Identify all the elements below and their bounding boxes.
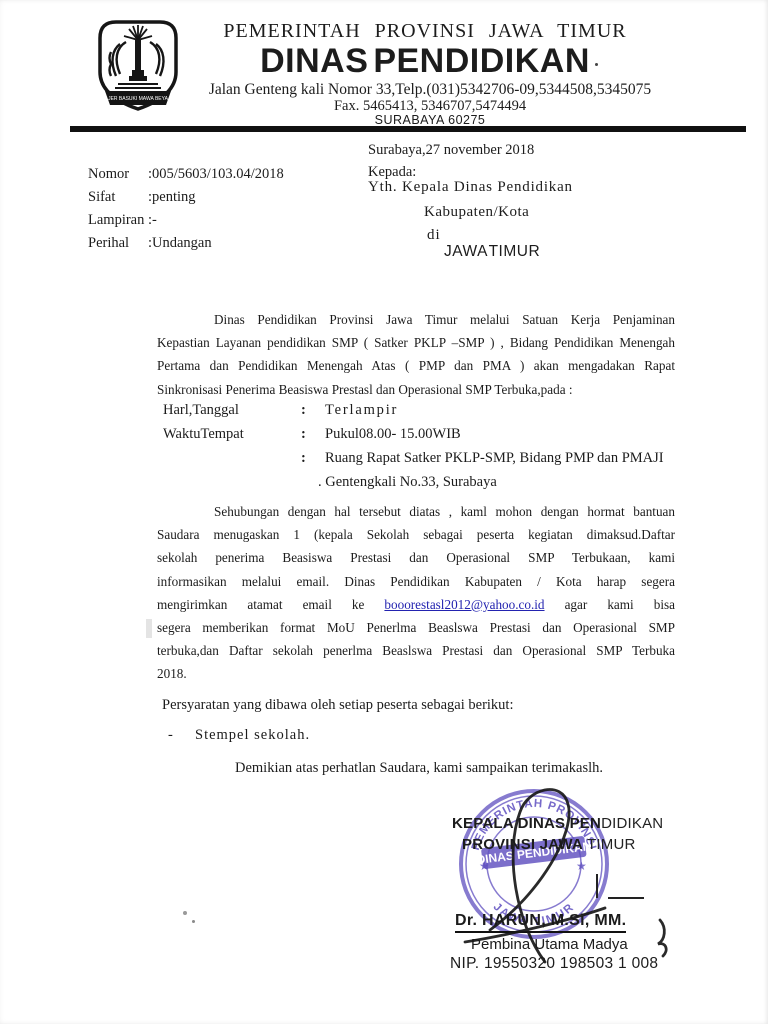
- schedule-row-tanggal: Harl,Tanggal : Terlampir: [163, 402, 675, 426]
- email-line: mengirimkan atamat email ke booorestasl2…: [157, 593, 675, 616]
- email-line-after: agar kami bisa: [545, 597, 675, 612]
- schedule-value: Pukul08.00- 15.00WIB: [325, 426, 675, 450]
- paragraph-line: sekolah penerima Beasiswa Prestasi dan O…: [157, 546, 675, 569]
- meta-value: :-: [148, 212, 157, 235]
- title-bold-part: PROVINSI JAWA: [462, 836, 583, 853]
- schedule-label: Harl,Tanggal: [163, 402, 301, 426]
- meta-label: Sifat: [88, 189, 148, 212]
- signer-title-line-1: KEPALA DINAS PENDIDIKAN: [452, 815, 663, 832]
- title-bold-part: KEPALA DINAS PEN: [452, 815, 601, 832]
- meta-label: Lampiran: [88, 212, 148, 235]
- paragraph-line: Sinkronisasi Penerima Beasiswa Prestasl …: [157, 378, 675, 401]
- agency-name: DINAS PENDIDIKAN: [150, 42, 700, 81]
- monument-icon: [129, 40, 147, 81]
- paragraph-2-part-a: Sehubungan dengan hal tersebut diatas , …: [157, 500, 675, 593]
- schedule-label: [163, 450, 301, 474]
- paragraph-line: Kepastian Layanan pendidikan SMP ( Satke…: [157, 331, 675, 354]
- paragraph-line: Saudara menugaskan 1 (kepala Sekolah seb…: [157, 523, 675, 546]
- paragraph-line: 2018.: [157, 662, 675, 685]
- meta-label: Perihal: [88, 235, 148, 258]
- meta-value: :005/5603/103.04/2018: [148, 166, 284, 189]
- signer-title-line-2: PROVINSI JAWA TIMUR: [462, 836, 636, 853]
- schedule-colon: :: [301, 426, 325, 450]
- email-link[interactable]: booorestasl2012@yahoo.co.id: [384, 597, 544, 612]
- signer-name: Dr. HARUN, M.Si, MM.: [455, 912, 626, 933]
- bullet-dash: -: [168, 727, 195, 744]
- recipient-di: di: [427, 227, 441, 244]
- bullet-text: Stempel sekolah.: [195, 727, 310, 744]
- email-line-before: mengirimkan atamat email ke: [157, 597, 384, 612]
- closing-sentence: Demikian atas perhatlan Saudara, kami sa…: [235, 760, 603, 777]
- header-divider: [70, 126, 746, 132]
- title-regular-part: TIMUR: [583, 836, 636, 853]
- schedule-row-alamat: . Gentengkali No.33, Surabaya: [163, 474, 675, 498]
- title-regular-part: DIDIKAN: [601, 815, 663, 832]
- schedule-label: WaktuTempat: [163, 426, 301, 450]
- schedule-value: . Gentengkali No.33, Surabaya: [318, 474, 675, 498]
- paragraph-line: terbuka,dan Daftar sekolah penerlma Beas…: [157, 639, 675, 662]
- scan-speck: [183, 911, 187, 915]
- signer-rank: Pembina Utama Madya: [471, 936, 628, 953]
- paragraph-line: Sehubungan dengan hal tersebut diatas , …: [157, 500, 675, 523]
- signer-nip: NIP. 19550320 198503 1 008: [450, 955, 658, 973]
- paragraph-2-part-b: segera memberikan format MoU Penerlma Be…: [157, 616, 675, 686]
- star-burst-icon: [124, 25, 152, 40]
- schedule-label: [163, 474, 301, 498]
- schedule-colon: :: [301, 450, 325, 474]
- paragraph-line: Pertama dan Pendidikan Menengah Atas ( P…: [157, 354, 675, 377]
- date-line: Surabaya,27 november 2018: [368, 142, 534, 159]
- address-line-1: Jalan Genteng kali Nomor 33,Telp.(031)53…: [120, 81, 740, 99]
- stamp-star-right-icon: ★: [576, 859, 587, 873]
- meta-row-lampiran: Lampiran :-: [88, 212, 388, 235]
- recipient-province: JAWA TIMUR: [444, 243, 540, 261]
- meta-label: Nomor: [88, 166, 148, 189]
- requirements-intro: Persyaratan yang dibawa oleh setiap pese…: [162, 697, 514, 714]
- scan-speck: [192, 920, 195, 923]
- city-line: SURABAYA 60275: [120, 113, 740, 127]
- schedule-row-waktu: WaktuTempat : Pukul08.00- 15.00WIB: [163, 426, 675, 450]
- scanned-letter-page: JER BASUKI MAWA BEYA PEMERINTAH PROVINSI…: [0, 0, 768, 1024]
- schedule-block: Harl,Tanggal : Terlampir WaktuTempat : P…: [163, 402, 675, 498]
- paragraph-2: Sehubungan dengan hal tersebut diatas , …: [157, 500, 675, 686]
- paragraph-line: Dinas Pendidikan Provinsi Jawa Timur mel…: [157, 308, 675, 331]
- recipient-region-line: Kabupaten/Kota: [424, 204, 529, 221]
- schedule-row-tempat: : Ruang Rapat Satker PKLP-SMP, Bidang PM…: [163, 450, 675, 474]
- meta-row-nomor: Nomor :005/5603/103.04/2018: [88, 166, 388, 189]
- meta-value: :Undangan: [148, 235, 212, 258]
- schedule-value: Terlampir: [325, 402, 675, 426]
- schedule-value: Ruang Rapat Satker PKLP-SMP, Bidang PMP …: [325, 450, 675, 474]
- paragraph-line: informasikan melalui email. Dinas Pendid…: [157, 570, 675, 593]
- paragraph-1: Dinas Pendidikan Provinsi Jawa Timur mel…: [157, 308, 675, 401]
- paragraph-line: segera memberikan format MoU Penerlma Be…: [157, 616, 675, 639]
- schedule-colon: :: [301, 402, 325, 426]
- requirement-item: - Stempel sekolah.: [168, 727, 310, 744]
- meta-value: :penting: [148, 189, 196, 212]
- pen-mark-horizontal: [608, 897, 644, 899]
- meta-row-sifat: Sifat :penting: [88, 189, 388, 212]
- scan-artifact: [146, 619, 152, 638]
- scan-speck: [595, 63, 598, 66]
- meta-row-perihal: Perihal :Undangan: [88, 235, 388, 258]
- recipient-name: Yth. Kepala Dinas Pendidikan: [368, 179, 573, 196]
- pen-mark-vertical: [596, 874, 598, 898]
- government-line: PEMERINTAH PROVINSI JAWA TIMUR: [150, 20, 700, 43]
